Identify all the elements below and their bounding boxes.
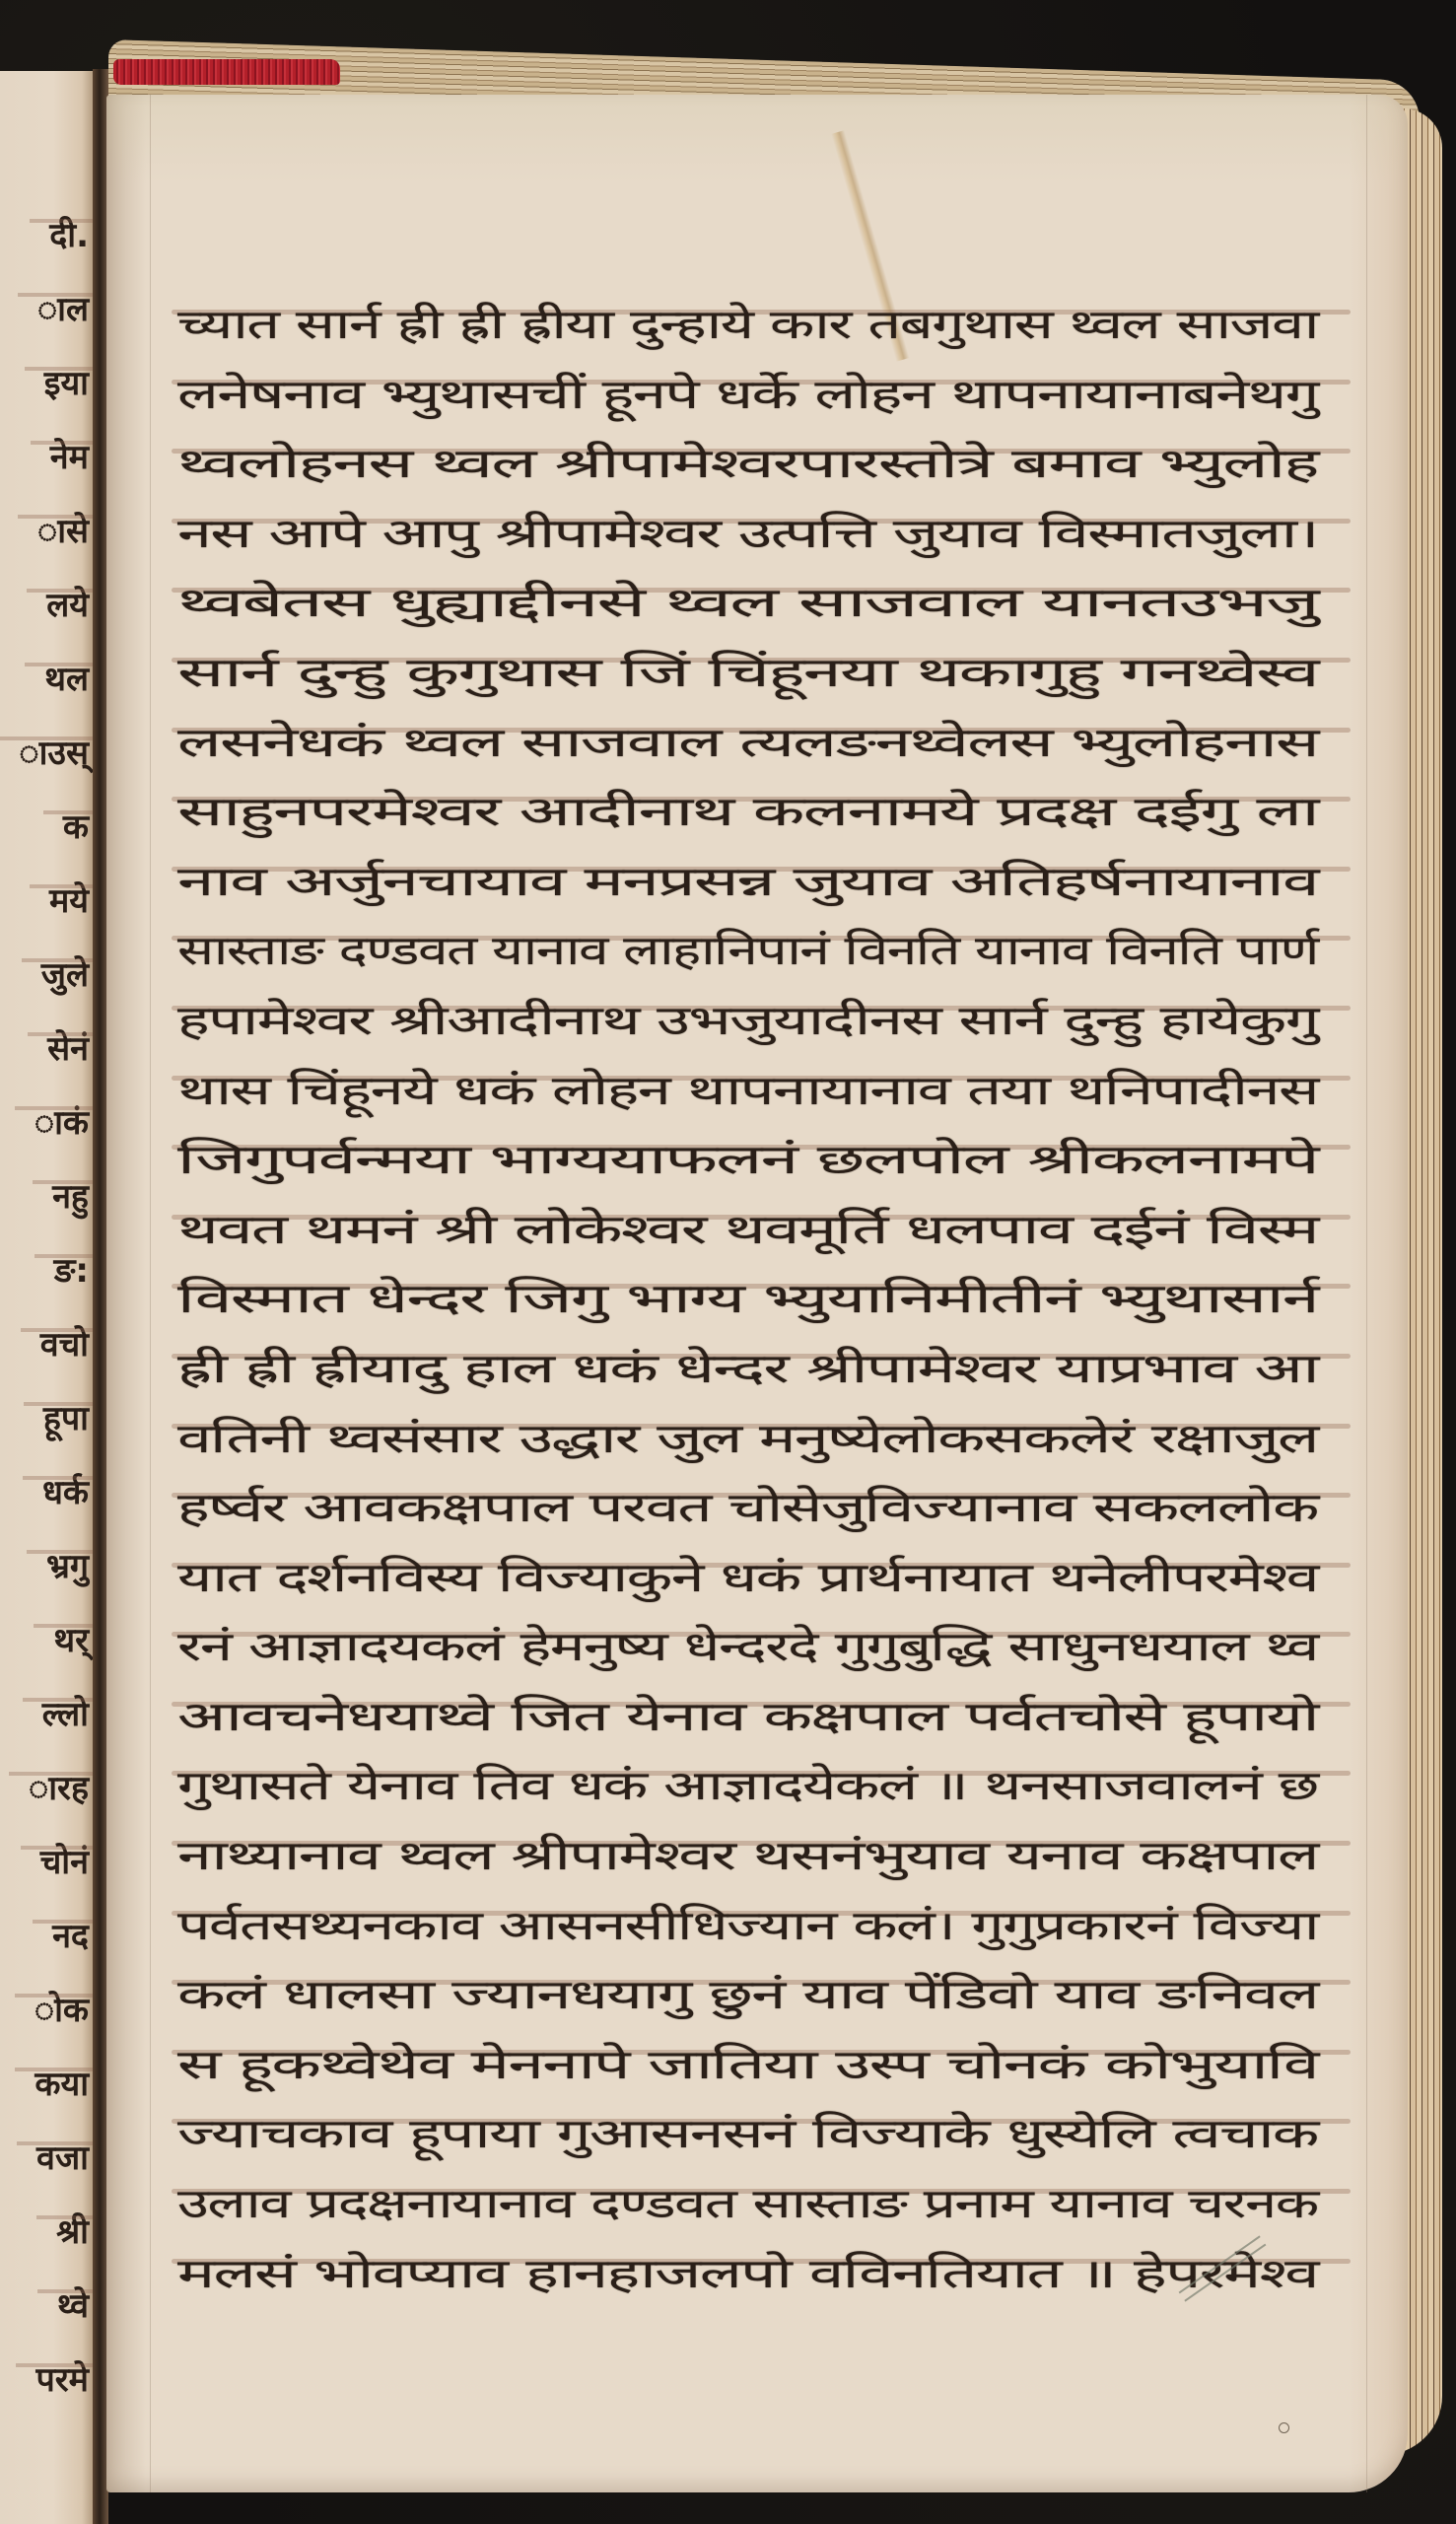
- manuscript-line-text: नाथ्यानाव थ्वल श्रीपामेश्वर थसनंभुयाव यन…: [177, 1821, 1318, 1890]
- manuscript-line: ह्री ह्री ह्रीयादु हाल धकं धेन्दर श्रीपा…: [177, 1334, 1341, 1404]
- left-page-line-fragment: थल: [44, 663, 89, 696]
- left-page-line-fragment: दी.: [49, 219, 89, 252]
- manuscript-line-text: लनेषनाव भ्युथासचीं हूनपे धर्के लोहन थापन…: [177, 360, 1318, 429]
- manuscript-line-text: स हूकथ्वेथेव मेननापे जातिया उस्प चोनकं क…: [177, 2030, 1318, 2099]
- manuscript-line-text: हपामेश्वर श्रीआदीनाथ उभजुयादीनस सार्न दु…: [177, 986, 1318, 1055]
- manuscript-page: च्यात सार्न ह्री ह्री ह्रीया दुन्हाये का…: [106, 95, 1408, 2492]
- manuscript-line: च्यात सार्न ह्री ह्री ह्रीया दुन्हाये का…: [177, 290, 1341, 360]
- left-page-line-fragment: ोक: [35, 1994, 89, 2027]
- manuscript-line: जिगुपर्वन्मया भाग्ययाफलनं छलपोल श्रीकलना…: [177, 1125, 1341, 1195]
- manuscript-line-text: गुथासते येनाव तिव धकं आज्ञादयेकलं ॥ थनसा…: [177, 1751, 1318, 1820]
- manuscript-line-text: कलं धालसा ज्यानधयागु छुनं याव पेंडिवो या…: [177, 1960, 1318, 2029]
- left-page-line-fragment: ाउस्: [19, 736, 89, 770]
- manuscript-line-text: विस्मात धेन्दर जिगु भाग्य भ्युयानिमीतीनं…: [177, 1264, 1318, 1333]
- manuscript-line-text: थास चिंहूनये धकं लोहन थापनायानाव तया थनि…: [177, 1056, 1318, 1125]
- manuscript-line: रनं आज्ञादयकलं हेमनुष्य धेन्दरदे गुगुबुद…: [177, 1612, 1341, 1682]
- manuscript-line-text: ह्री ह्री ह्रीयादु हाल धकं धेन्दर श्रीपा…: [177, 1334, 1318, 1403]
- left-page-line-fragment: धर्क: [42, 1476, 89, 1509]
- manuscript-line-text: थ्वलोहनस थ्वल श्रीपामेश्वरपारस्तोत्रे बम…: [177, 429, 1318, 498]
- right-margin-rule: [1366, 95, 1367, 2492]
- manuscript-line-text: हर्ष्वर आवकक्षपाल परवत चोसेजुविज्यानाव स…: [177, 1473, 1318, 1542]
- left-page-line-fragment: चोनं: [40, 1846, 89, 1879]
- manuscript-line: नाथ्यानाव थ्वल श्रीपामेश्वर थसनंभुयाव यन…: [177, 1821, 1341, 1891]
- left-page-line-fragment: हूपा: [43, 1402, 89, 1436]
- manuscript-text-block: च्यात सार्न ह्री ह्री ह्रीया दुन्हाये का…: [177, 290, 1341, 2308]
- manuscript-line: हपामेश्वर श्रीआदीनाथ उभजुयादीनस सार्न दु…: [177, 986, 1341, 1056]
- left-page-line-fragment: ारह: [29, 1772, 89, 1805]
- manuscript-line: उलाव प्रदक्षनायानाव दण्डवत सास्ताङ प्रना…: [177, 2169, 1341, 2239]
- red-binding-thread: [113, 59, 340, 85]
- manuscript-line-text: लसनेधकं थ्वल साजवाल त्यलङनथ्वेलस भ्युलोह…: [177, 708, 1318, 777]
- manuscript-line: हर्ष्वर आवकक्षपाल परवत चोसेजुविज्यानाव स…: [177, 1473, 1341, 1543]
- manuscript-line-text: रनं आज्ञादयकलं हेमनुष्य धेन्दरदे गुगुबुद…: [177, 1612, 1318, 1681]
- manuscript-line: कलं धालसा ज्यानधयागु छुनं याव पेंडिवो या…: [177, 1960, 1341, 2030]
- left-page-line-fragment: लये: [46, 589, 89, 622]
- manuscript-line-text: जिगुपर्वन्मया भाग्ययाफलनं छलपोल श्रीकलना…: [177, 1125, 1318, 1194]
- manuscript-line: विस्मात धेन्दर जिगु भाग्य भ्युयानिमीतीनं…: [177, 1264, 1341, 1334]
- manuscript-line: सार्न दुन्हु कुगुथास जिं चिंहूनया थकागुह…: [177, 638, 1341, 708]
- manuscript-line-text: मलसं भोवप्याव हानहाजलपो वविनतियात ॥ हेपर…: [177, 2239, 1318, 2308]
- manuscript-line-text: आवचनेधयाथ्वे जित येनाव कक्षपाल पर्वतचोसे…: [177, 1682, 1318, 1751]
- manuscript-line: पर्वतसथ्यनकाव आसनसीधिज्यान कलं। गुगुप्रक…: [177, 1891, 1341, 1961]
- manuscript-line: आवचनेधयाथ्वे जित येनाव कक्षपाल पर्वतचोसे…: [177, 1682, 1341, 1752]
- manuscript-line-text: नाव अर्जुनचायाव मनप्रसन्न जुयाव अतिहर्षन…: [177, 847, 1318, 916]
- left-page-line-fragment: ाकं: [35, 1106, 89, 1140]
- manuscript-line: नाव अर्जुनचायाव मनप्रसन्न जुयाव अतिहर्षन…: [177, 847, 1341, 917]
- manuscript-line-text: च्यात सार्न ह्री ह्री ह्रीया दुन्हाये का…: [177, 290, 1318, 359]
- left-page-line-fragment: परमे: [35, 2363, 89, 2397]
- left-page-line-fragment: भ्रगु: [46, 1550, 89, 1583]
- manuscript-line: थ्वलोहनस थ्वल श्रीपामेश्वरपारस्तोत्रे बम…: [177, 429, 1341, 499]
- manuscript-line: यात दर्शनविस्य विज्याकुने धकं प्रार्थनाय…: [177, 1543, 1341, 1613]
- left-page-line-fragment: ल्लो: [42, 1698, 89, 1731]
- manuscript-line: सास्ताङ दण्डवत यानाव लाहानिपानं विनति या…: [177, 916, 1341, 986]
- left-page-line-fragment: थर्: [53, 1624, 89, 1657]
- left-facing-page: दी.ालइयानेमासेलयेथलाउस्कमयेजुलेसेनंाकंनह…: [0, 71, 97, 2524]
- left-page-line-fragment: श्री: [56, 2215, 89, 2249]
- left-page-line-fragment: ङ:: [54, 1254, 89, 1288]
- manuscript-line: साहुनपरमेश्वर आदीनाथ कलनामये प्रदक्ष दईग…: [177, 777, 1341, 847]
- manuscript-line-text: थवत थमनं श्री लोकेश्वर थवमूर्ति धलपाव दई…: [177, 1195, 1318, 1264]
- manuscript-line-text: ज्याचकाव हूपाया गुआसनसनं विज्याके धुस्ये…: [177, 2099, 1318, 2168]
- left-page-line-fragment: वचो: [40, 1328, 89, 1362]
- left-page-line-fragment: ासे: [37, 515, 89, 548]
- left-page-line-fragment: नहु: [52, 1180, 89, 1214]
- manuscript-line: वतिनी थ्वसंसार उद्धार जुल मनुष्येलोकसकले…: [177, 1404, 1341, 1474]
- left-page-line-fragment: मये: [49, 884, 89, 918]
- left-margin-rule: [150, 95, 151, 2492]
- manuscript-line-text: साहुनपरमेश्वर आदीनाथ कलनामये प्रदक्ष दईग…: [177, 777, 1318, 846]
- ink-circle-mark: [1279, 2422, 1289, 2433]
- manuscript-line: थवत थमनं श्री लोकेश्वर थवमूर्ति धलपाव दई…: [177, 1195, 1341, 1265]
- left-page-line-fragment: नद: [52, 1920, 89, 1953]
- manuscript-line-text: सार्न दुन्हु कुगुथास जिं चिंहूनया थकागुह…: [177, 638, 1318, 707]
- manuscript-line: गुथासते येनाव तिव धकं आज्ञादयेकलं ॥ थनसा…: [177, 1751, 1341, 1821]
- manuscript-line: स हूकथ्वेथेव मेननापे जातिया उस्प चोनकं क…: [177, 2030, 1341, 2100]
- manuscript-line: थास चिंहूनये धकं लोहन थापनायानाव तया थनि…: [177, 1056, 1341, 1126]
- manuscript-line-text: पर्वतसथ्यनकाव आसनसीधिज्यान कलं। गुगुप्रक…: [177, 1891, 1318, 1960]
- manuscript-line: ज्याचकाव हूपाया गुआसनसनं विज्याके धुस्ये…: [177, 2099, 1341, 2169]
- left-page-line-fragment: क: [63, 810, 89, 844]
- manuscript-line-text: उलाव प्रदक्षनायानाव दण्डवत सास्ताङ प्रना…: [177, 2169, 1318, 2238]
- manuscript-line-text: यात दर्शनविस्य विज्याकुने धकं प्रार्थनाय…: [177, 1543, 1318, 1612]
- left-page-line-fragment: इया: [44, 367, 89, 400]
- manuscript-line-text: सास्ताङ दण्डवत यानाव लाहानिपानं विनति या…: [177, 916, 1318, 985]
- manuscript-line: लसनेधकं थ्वल साजवाल त्यलङनथ्वेलस भ्युलोह…: [177, 708, 1341, 778]
- manuscript-line: नस आपे आपु श्रीपामेश्वर उत्पत्ति जुयाव व…: [177, 499, 1341, 569]
- left-page-line-fragment: थ्वे: [57, 2289, 89, 2323]
- left-page-line-fragment: सेनं: [47, 1032, 89, 1066]
- left-page-line-fragment: नेम: [50, 441, 89, 474]
- manuscript-line-text: थ्वबेतस धुह्याद्दीनसे थ्वल साजवाल यानतउभ…: [177, 568, 1318, 637]
- manuscript-line-text: वतिनी थ्वसंसार उद्धार जुल मनुष्येलोकसकले…: [177, 1404, 1318, 1473]
- manuscript-line-text: नस आपे आपु श्रीपामेश्वर उत्पत्ति जुयाव व…: [177, 499, 1318, 568]
- left-page-line-fragment: वजा: [36, 2141, 89, 2175]
- left-page-line-fragment: जुले: [41, 958, 89, 992]
- manuscript-line: लनेषनाव भ्युथासचीं हूनपे धर्के लोहन थापन…: [177, 360, 1341, 430]
- left-page-line-fragment: ाल: [37, 293, 89, 326]
- manuscript-line: मलसं भोवप्याव हानहाजलपो वविनतियात ॥ हेपर…: [177, 2239, 1341, 2309]
- manuscript-line: थ्वबेतस धुह्याद्दीनसे थ्वल साजवाल यानतउभ…: [177, 568, 1341, 638]
- left-page-line-fragment: कया: [35, 2068, 89, 2101]
